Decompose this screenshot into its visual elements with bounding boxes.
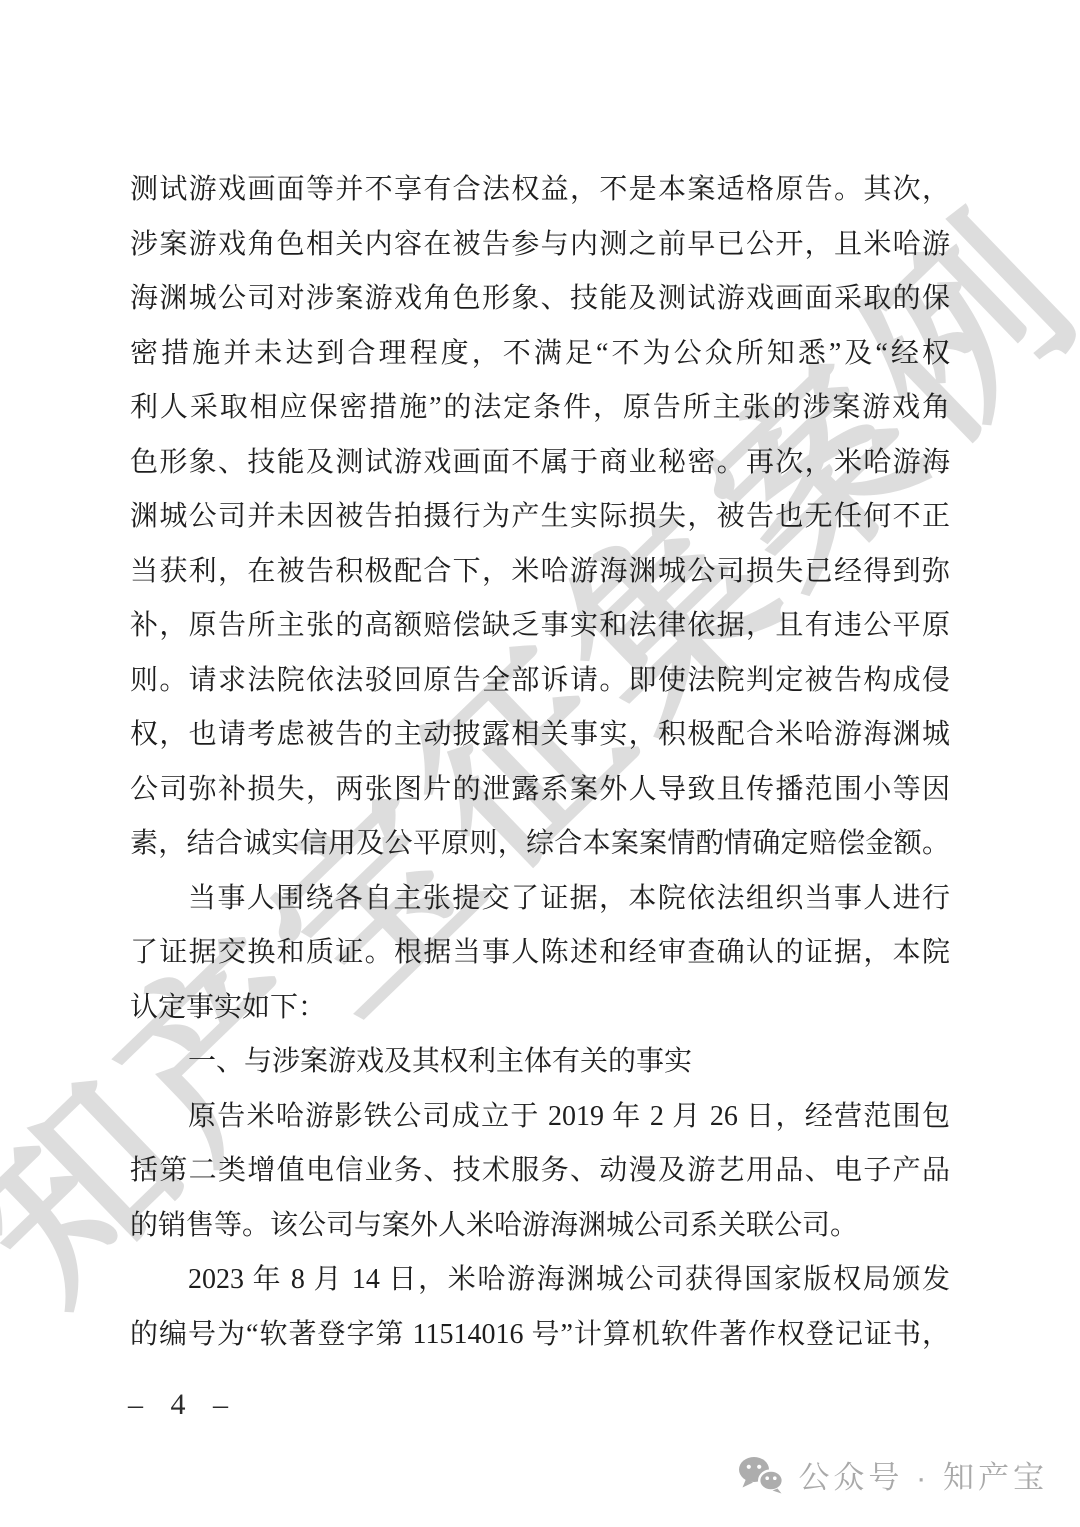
document-page: 知产宝征集案例 测试游戏画面等并不享有合法权益，不是本案适格原告。其次，涉案游戏…: [0, 0, 1080, 1527]
text-line: 一、与涉案游戏及其权利主体有关的事实: [130, 1035, 950, 1090]
text-line: 则。请求法院依法驳回原告全部诉请。即使法院判定被告构成侵: [130, 654, 950, 709]
text-line: 当获利，在被告积极配合下，米哈游海渊城公司损失已经得到弥: [130, 545, 950, 600]
text-line: 密措施并未达到合理程度，不满足“不为公众所知悉”及“经权: [130, 327, 950, 382]
text-line: 涉案游戏角色相关内容在被告参与内测之前早已公开，且米哈游: [130, 218, 950, 273]
text-line: 2023 年 8 月 14 日，米哈游海渊城公司获得国家版权局颁发: [130, 1253, 950, 1308]
text-line: 测试游戏画面等并不享有合法权益，不是本案适格原告。其次，: [130, 163, 950, 218]
text-line: 渊城公司并未因被告拍摄行为产生实际损失，被告也无任何不正: [130, 490, 950, 545]
text-line: 的销售等。该公司与案外人米哈游海渊城公司系关联公司。: [130, 1199, 950, 1254]
text-line: 括第二类增值电信业务、技术服务、动漫及游艺用品、电子产品: [130, 1144, 950, 1199]
wechat-icon: [738, 1456, 784, 1494]
text-line: 海渊城公司对涉案游戏角色形象、技能及测试游戏画面采取的保: [130, 272, 950, 327]
brand-label: 公众号 · 知产宝: [798, 1452, 1048, 1497]
text-line: 的编号为“软著登字第 11514016 号”计算机软件著作权登记证书，: [130, 1308, 950, 1363]
text-line: 利人采取相应保密措施”的法定条件，原告所主张的涉案游戏角: [130, 381, 950, 436]
text-line: 权，也请考虑被告的主动披露相关事实，积极配合米哈游海渊城: [130, 708, 950, 763]
text-line: 原告米哈游影铁公司成立于 2019 年 2 月 26 日，经营范围包: [130, 1090, 950, 1145]
text-line: 当事人围绕各自主张提交了证据，本院依法组织当事人进行: [130, 872, 950, 927]
text-line: 了证据交换和质证。根据当事人陈述和经审查确认的证据，本院: [130, 926, 950, 981]
document-body: 测试游戏画面等并不享有合法权益，不是本案适格原告。其次，涉案游戏角色相关内容在被…: [130, 163, 950, 1362]
text-line: 色形象、技能及测试游戏画面不属于商业秘密。再次，米哈游海: [130, 436, 950, 491]
text-line: 认定事实如下：: [130, 981, 950, 1036]
text-line: 补，原告所主张的高额赔偿缺乏事实和法律依据，且有违公平原: [130, 599, 950, 654]
text-line: 公司弥补损失，两张图片的泄露系案外人导致且传播范围小等因: [130, 763, 950, 818]
brand-footer: 公众号 · 知产宝: [738, 1452, 1048, 1497]
page-number: – 4 –: [128, 1388, 238, 1422]
text-line: 素，结合诚实信用及公平原则，综合本案案情酌情确定赔偿金额。: [130, 817, 950, 872]
